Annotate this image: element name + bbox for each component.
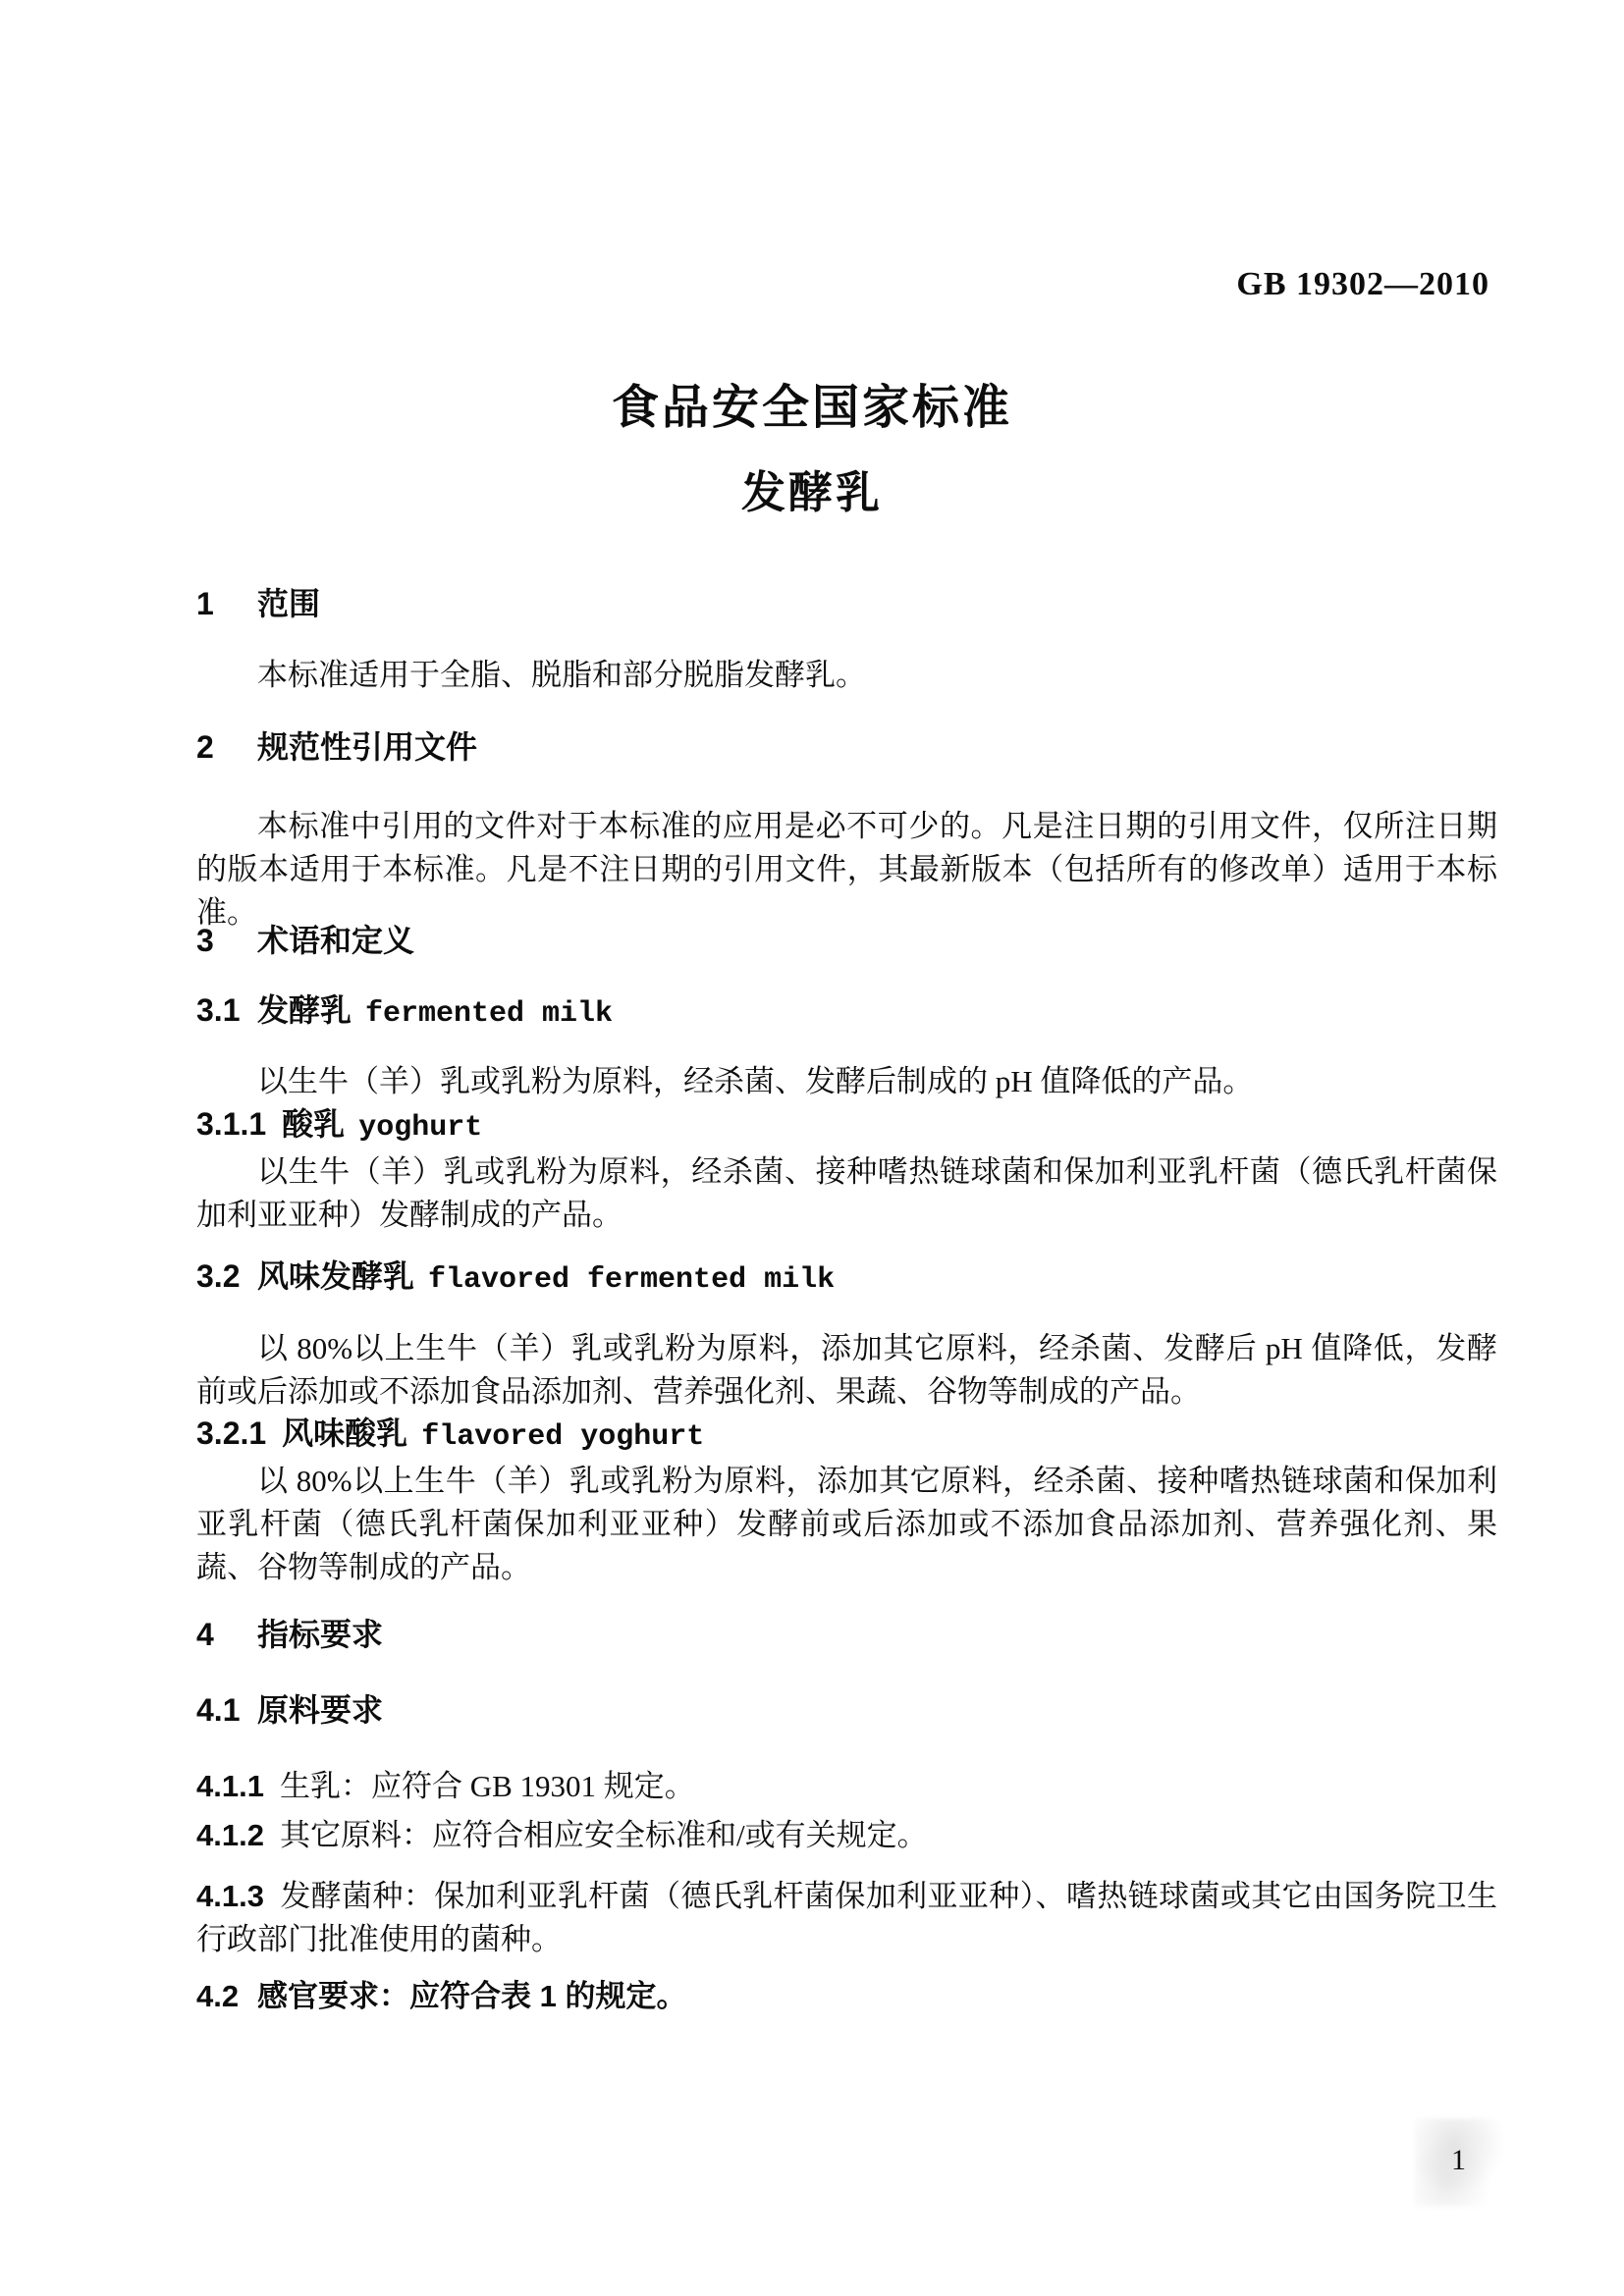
term-title-en: fermented milk xyxy=(365,997,613,1031)
term-heading-flavored-yoghurt: 3.2.1风味酸乳flavored yoghurt xyxy=(196,1416,1497,1454)
term-number: 3.2 xyxy=(196,1259,242,1294)
term-title-en: flavored fermented milk xyxy=(428,1263,835,1297)
term-number: 3.2.1 xyxy=(196,1416,266,1451)
scan-noise-artifact xyxy=(1414,2118,1522,2207)
section-number: 1 xyxy=(196,587,242,621)
section-title: 指标要求 xyxy=(257,1617,383,1652)
clause-text: 感官要求：应符合表 1 的规定。 xyxy=(257,1979,686,2013)
term-title-en: yoghurt xyxy=(358,1111,482,1145)
paragraph-scope: 本标准适用于全脂、脱脂和部分脱脂发酵乳。 xyxy=(196,654,1497,697)
section-heading-raw-material-requirements: 4.1原料要求 xyxy=(196,1693,1497,1728)
paragraph-yoghurt-definition: 以生牛（羊）乳或乳粉为原料，经杀菌、接种嗜热链球菌和保加利亚乳杆菌（德氏乳杆菌保… xyxy=(196,1150,1497,1237)
clause-sensory-requirements: 4.2感官要求：应符合表 1 的规定。 xyxy=(196,1975,1497,2018)
section-title: 原料要求 xyxy=(257,1692,383,1728)
section-number: 4.1 xyxy=(196,1693,242,1728)
section-heading-requirements: 4指标要求 xyxy=(196,1618,1497,1652)
clause-number: 4.1.1 xyxy=(196,1765,264,1808)
clause-number: 4.1.2 xyxy=(196,1814,264,1857)
section-number: 4 xyxy=(196,1618,242,1652)
clause-text: 发酵菌种：保加利亚乳杆菌（德氏乳杆菌保加利亚亚种）、嗜热链球菌或其它由国务院卫生… xyxy=(196,1879,1497,1956)
doc-subtitle: 发酵乳 xyxy=(0,470,1624,514)
paragraph-flavored-yoghurt-definition: 以 80%以上生牛（羊）乳或乳粉为原料，添加其它原料，经杀菌、接种嗜热链球菌和保… xyxy=(196,1460,1497,1589)
clause-text: 生乳：应符合 GB 19301 规定。 xyxy=(280,1769,695,1803)
term-heading-fermented-milk: 3.1发酵乳fermented milk xyxy=(196,993,1497,1031)
term-title-zh: 风味发酵乳 xyxy=(257,1258,414,1294)
section-title: 术语和定义 xyxy=(257,923,414,958)
section-heading-terms-definitions: 3术语和定义 xyxy=(196,924,1497,958)
term-title-en: flavored yoghurt xyxy=(421,1420,704,1454)
section-number: 2 xyxy=(196,730,242,765)
paragraph-fermented-milk-definition: 以生牛（羊）乳或乳粉为原料，经杀菌、发酵后制成的 pH 值降低的产品。 xyxy=(196,1060,1497,1103)
term-title-zh: 酸乳 xyxy=(282,1106,345,1142)
section-heading-normative-references: 2规范性引用文件 xyxy=(196,730,1497,765)
clause-number: 4.1.3 xyxy=(196,1875,264,1918)
paragraph-flavored-fermented-milk-definition: 以 80%以上生牛（羊）乳或乳粉为原料，添加其它原料，经杀菌、发酵后 pH 值降… xyxy=(196,1327,1497,1414)
term-title-zh: 发酵乳 xyxy=(257,992,352,1028)
term-number: 3.1.1 xyxy=(196,1107,266,1142)
section-title: 规范性引用文件 xyxy=(257,729,477,765)
term-heading-yoghurt: 3.1.1酸乳yoghurt xyxy=(196,1107,1497,1145)
clause-raw-milk: 4.1.1生乳：应符合 GB 19301 规定。 xyxy=(196,1765,1497,1808)
section-number: 3 xyxy=(196,924,242,958)
term-heading-flavored-fermented-milk: 3.2风味发酵乳flavored fermented milk xyxy=(196,1259,1497,1297)
clause-number: 4.2 xyxy=(196,1975,242,2018)
doc-title: 食品安全国家标准 xyxy=(0,385,1624,432)
document-page: GB 19302—2010 食品安全国家标准 发酵乳 1范围 本标准适用于全脂、… xyxy=(0,0,1624,2296)
clause-starter-cultures: 4.1.3发酵菌种：保加利亚乳杆菌（德氏乳杆菌保加利亚亚种）、嗜热链球菌或其它由… xyxy=(196,1875,1497,1961)
term-title-zh: 风味酸乳 xyxy=(282,1415,407,1451)
section-title: 范围 xyxy=(257,586,320,621)
term-number: 3.1 xyxy=(196,993,242,1028)
standard-code: GB 19302—2010 xyxy=(196,268,1489,301)
section-heading-scope: 1范围 xyxy=(196,587,1497,621)
clause-other-raw-materials: 4.1.2其它原料：应符合相应安全标准和/或有关规定。 xyxy=(196,1814,1497,1857)
paragraph-normative-references: 本标准中引用的文件对于本标准的应用是必不可少的。凡是注日期的引用文件，仅所注日期… xyxy=(196,805,1497,934)
page-number: 1 xyxy=(1451,2146,1466,2175)
clause-text: 其它原料：应符合相应安全标准和/或有关规定。 xyxy=(280,1818,928,1852)
